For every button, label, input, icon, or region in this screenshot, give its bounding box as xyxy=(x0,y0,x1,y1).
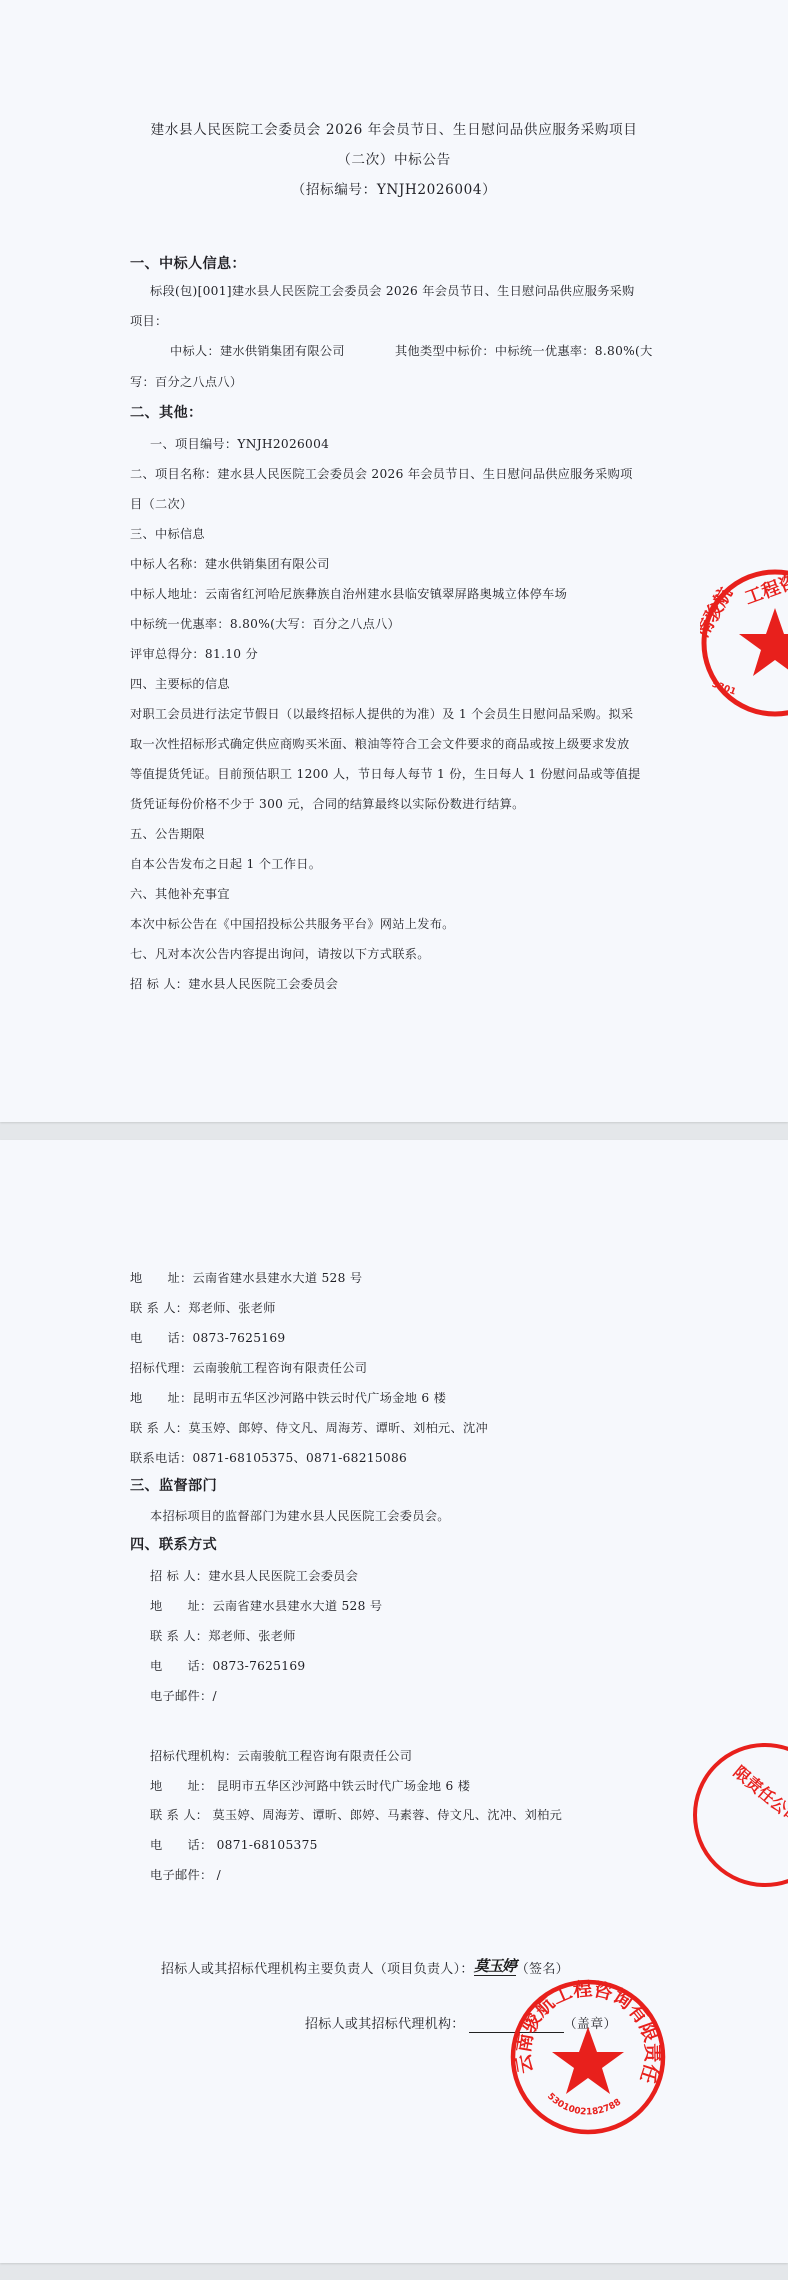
company-seal-stamp-partial: 限责任公司 xyxy=(690,1740,788,1890)
section-heading-supervision: 三、监督部门 xyxy=(130,1478,217,1494)
winning-price-cont: 写：百分之八点八） xyxy=(130,374,242,390)
winner-address: 中标人地址：云南省红河哈尼族彝族自治州建水县临安镇翠屏路奥城立体停车场 xyxy=(130,586,567,602)
subject-info-text: 对职工会员进行法定节假日（以最终招标人提供的为准）及 1 个会员生日慰问品采购。… xyxy=(130,706,633,722)
seal-icon: 限责任公司 xyxy=(690,1740,788,1890)
notice-period-heading: 五、公告期限 xyxy=(130,826,205,842)
agency-org: 招标代理机构：云南骏航工程咨询有限责任公司 xyxy=(150,1748,412,1764)
project-number: 一、项目编号：YNJH2026004 xyxy=(150,436,329,452)
section-heading-contact: 四、联系方式 xyxy=(130,1537,217,1553)
tenderer-contact: 联 系 人：郑老师、张老师 xyxy=(150,1628,296,1644)
subject-info-text: 货凭证每份价格不少于 300 元，合同的结算最终以实际份数进行结算。 xyxy=(130,796,525,812)
review-score: 评审总得分：81.10 分 xyxy=(130,646,258,662)
tenderer-email: 电子邮件：/ xyxy=(150,1688,217,1704)
agency-org-email: 电子邮件： / xyxy=(150,1867,221,1883)
section-heading-winner-info: 一、中标人信息： xyxy=(130,256,246,272)
company-seal-stamp: 云南骏航工程咨询有限责任公司 5301002182788 xyxy=(508,1977,668,2137)
company-seal-stamp: 南骏航 工程咨询有 5301 xyxy=(700,568,788,718)
supplementary-text: 本次中标公告在《中国招投标公共服务平台》网站上发布。 xyxy=(130,916,455,932)
seal-icon: 南骏航 工程咨询有 5301 xyxy=(700,568,788,718)
notice-period-text: 自本公告发布之日起 1 个工作日。 xyxy=(130,856,321,872)
subject-info-text: 等值提货凭证。目前预估职工 1200 人，节日每人每节 1 份，生日每人 1 份… xyxy=(130,766,640,782)
handwritten-signature: 莫玉婷 xyxy=(474,1957,516,1976)
inquiry-text: 七、凡对本次公告内容提出询问，请按以下方式联系。 xyxy=(130,946,430,962)
bid-info-heading: 三、中标信息 xyxy=(130,526,205,542)
project-name-cont: 目（二次） xyxy=(130,496,192,512)
subject-info-heading: 四、主要标的信息 xyxy=(130,676,230,692)
supplementary-heading: 六、其他补充事宜 xyxy=(130,886,230,902)
svg-text:南骏航: 南骏航 xyxy=(700,584,737,642)
agency-org-address: 地 址： 昆明市五华区沙河路中铁云时代广场金地 6 楼 xyxy=(150,1778,470,1794)
supervision-text: 本招标项目的监督部门为建水县人民医院工会委员会。 xyxy=(150,1508,450,1524)
contact-address: 地 址：云南省建水县建水大道 528 号 xyxy=(130,1270,362,1286)
svg-text:限责任公司: 限责任公司 xyxy=(730,1762,788,1828)
discount-rate: 中标统一优惠率：8.80%(大写：百分之八点八） xyxy=(130,616,400,632)
section-heading-other: 二、其他： xyxy=(130,405,202,421)
doc-title-line-2: （二次）中标公告 xyxy=(0,152,788,168)
subject-info-text: 取一次性招标形式确定供应商购买米面、粮油等符合工会文件要求的商品或按上级要求发放 xyxy=(130,736,630,752)
agency-address: 地 址：昆明市五华区沙河路中铁云时代广场金地 6 楼 xyxy=(130,1390,446,1406)
winning-price: 其他类型中标价：中标统一优惠率：8.80%(大 xyxy=(395,343,653,359)
doc-tender-number: （招标编号：YNJH2026004） xyxy=(0,182,788,198)
doc-title-line-1: 建水县人民医院工会委员会 2026 年会员节日、生日慰问品供应服务采购项目 xyxy=(0,122,788,138)
contact-phone: 电 话：0873-7625169 xyxy=(130,1330,285,1346)
tenderer-line: 招 标 人：建水县人民医院工会委员会 xyxy=(130,976,338,992)
agency-name: 招标代理：云南骏航工程咨询有限责任公司 xyxy=(130,1360,367,1376)
tenderer-address: 地 址：云南省建水县建水大道 528 号 xyxy=(150,1598,382,1614)
lot-text-cont: 项目： xyxy=(130,313,167,329)
seal-icon: 云南骏航工程咨询有限责任公司 5301002182788 xyxy=(508,1977,668,2137)
project-name: 二、项目名称：建水县人民医院工会委员会 2026 年会员节日、生日慰问品供应服务… xyxy=(130,466,633,482)
document-page-1: 建水县人民医院工会委员会 2026 年会员节日、生日慰问品供应服务采购项目 （二… xyxy=(0,0,788,1122)
agency-phone: 联系电话：0871-68105375、0871-68215086 xyxy=(130,1450,407,1466)
agency-org-contacts: 联 系 人： 莫玉婷、周海芳、谭昕、郎婷、马素蓉、侍文凡、沈冲、刘柏元 xyxy=(150,1807,562,1823)
contact-person: 联 系 人：郑老师、张老师 xyxy=(130,1300,276,1316)
agency-org-phone: 电 话： 0871-68105375 xyxy=(150,1837,318,1853)
tenderer-phone: 电 话：0873-7625169 xyxy=(150,1658,305,1674)
tenderer-name: 招 标 人：建水县人民医院工会委员会 xyxy=(150,1568,358,1584)
lot-text: 标段(包)[001]建水县人民医院工会委员会 2026 年会员节日、生日慰问品供… xyxy=(150,283,635,299)
document-page-2: 地 址：云南省建水县建水大道 528 号 联 系 人：郑老师、张老师 电 话：0… xyxy=(0,1140,788,2263)
svg-text:5301002182788: 5301002182788 xyxy=(545,2092,623,2118)
agency-contacts: 联 系 人：莫玉婷、郎婷、侍文凡、周海芳、谭昕、刘柏元、沈冲 xyxy=(130,1420,488,1436)
signature-line-responsible-person: 招标人或其招标代理机构主要负责人（项目负责人）：莫玉婷（签名） xyxy=(161,1960,569,1978)
winner-name-detail: 中标人名称：建水供销集团有限公司 xyxy=(130,556,330,572)
winner-name: 中标人：建水供销集团有限公司 xyxy=(170,343,345,359)
